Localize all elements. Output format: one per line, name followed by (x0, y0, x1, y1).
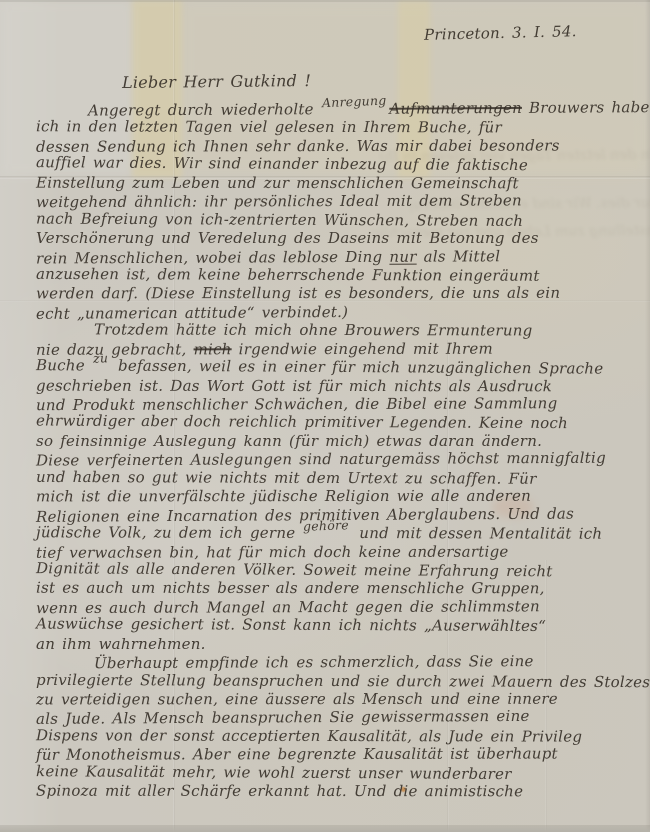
letter-text: weitgehend ähnlich: ihr persönliches Ide… (36, 192, 522, 212)
letter-line: anzusehen ist, dem keine beherrschende F… (36, 265, 644, 286)
letter-line: geschrieben ist. Das Wort Gott ist für m… (36, 376, 644, 395)
letter-line: rein Menschlichen, wobei das leblose Din… (36, 246, 644, 267)
letter-line: weitgehend ähnlich: ihr persönliches Ide… (36, 191, 644, 212)
letter-line: nach Befreiung von ich-zentrierten Wünsc… (36, 209, 644, 230)
letter-text: ich in den letzten Tagen viel gelesen in… (36, 118, 502, 137)
letter-line: ist es auch um nichts besser als andere … (36, 579, 644, 598)
letter-text: Dignität als alle anderen Völker. Soweit… (36, 559, 553, 580)
letter-line: Dispens von der sonst acceptierten Kausa… (36, 726, 644, 746)
letter-text: nach Befreiung von ich-zentrierten Wünsc… (36, 209, 523, 229)
dateline: Princeton. 3. I. 54. (424, 22, 577, 44)
letter-text: Trotzdem hätte ich mich ohne Brouwers Er… (94, 321, 533, 340)
letter-line: an ihm wahrnehmen. (36, 635, 644, 653)
letter-line: Überhaupt empfinde ich es schmerzlich, d… (36, 652, 644, 673)
scanned-letter-page: ich in den letzten Tagen viel gelesen in… (0, 0, 650, 832)
letter-line: ehrwürdiger aber doch reichlich primitiv… (36, 412, 644, 433)
letter-text: Überhaupt empfinde ich es schmerzlich, d… (94, 652, 534, 672)
letter-line: und haben so gut wie nichts mit dem Urte… (36, 468, 644, 489)
letter-text: jüdische Volk, zu dem ich gerne (36, 523, 302, 542)
letter-text: und haben so gut wie nichts mit dem Urte… (36, 468, 537, 488)
inserted-word: Anregung (321, 92, 386, 113)
letter-line: Spinoza mit aller Schärfe erkannt hat. U… (36, 782, 644, 801)
letter-line: als Jude. Als Mensch beanspruchen Sie ge… (36, 707, 644, 729)
letter-line: auffiel war dies. Wir sind einander inbe… (36, 153, 644, 175)
letter-text: privilegierte Stellung beanspruchen und … (36, 670, 650, 690)
letter-text: so feinsinnige Auslegung kann (für mich)… (36, 432, 542, 450)
letter-text: Dispens von der sonst acceptierten Kausa… (36, 726, 582, 745)
letter-text: Buche (36, 356, 92, 374)
letter-line: mich ist die unverfälschte jüdische Reli… (36, 487, 644, 506)
letter-text: ist es auch um nichts besser als andere … (36, 579, 545, 598)
letter-text: werden darf. (Diese Einstellung ist es b… (36, 284, 560, 303)
letter-line: so feinsinnige Auslegung kann (für mich)… (36, 432, 644, 450)
letter-line: Trotzdem hätte ich mich ohne Brouwers Er… (36, 321, 644, 341)
letter-text: geschrieben ist. Das Wort Gott ist für m… (36, 376, 552, 395)
letter-line: Buche zu befassen, weil es in einer für … (36, 356, 644, 378)
letter-line: jüdische Volk, zu dem ich gerne gehöre u… (36, 523, 644, 543)
letter-text: keine Kausalität mehr, wie wohl zuerst u… (36, 762, 512, 783)
letter-text: Diese verfeinerten Auslegungen sind natu… (36, 449, 606, 470)
letter-text: Einstellung zum Leben und zur menschlich… (36, 173, 519, 192)
letter-line: ich in den letzten Tagen viel gelesen in… (36, 118, 644, 138)
letter-line: Einstellung zum Leben und zur menschlich… (36, 173, 644, 192)
letter-line: für Monotheismus. Aber eine begrenzte Ka… (36, 745, 644, 765)
inserted-word: zu (93, 349, 109, 368)
letter-text: Spinoza mit aller Schärfe erkannt hat. U… (36, 782, 523, 801)
letter-text: an ihm wahrnehmen. (36, 635, 206, 653)
struck-word: mich (194, 340, 232, 358)
letter-text: befassen, weil es in einer für mich unzu… (111, 357, 603, 378)
letter-text: nur (389, 247, 416, 265)
letter-text: rein Menschlichen, wobei das leblose Din… (36, 247, 389, 267)
letter-text: irgendwie eingehend mit Ihrem (232, 339, 493, 358)
letter-text: als Mittel (417, 247, 501, 265)
letter-text: Auswüchse gesichert ist. Sonst kann ich … (36, 615, 546, 635)
letter-text: anzusehen ist, dem keine beherrschende F… (36, 265, 540, 285)
letter-lines: Angeregt durch wiederholte AnregungAufmu… (36, 100, 644, 801)
salutation: Lieber Herr Gutkind ! (122, 71, 311, 92)
letter-line: werden darf. (Diese Einstellung ist es b… (36, 284, 644, 303)
inserted-word: gehöre (303, 516, 349, 536)
letter-text: Brouwers habe (522, 98, 650, 117)
letter-line: Verschönerung und Veredelung des Daseins… (36, 229, 644, 247)
letter-line: Diese verfeinerten Auslegungen sind natu… (36, 449, 644, 470)
letter-text: und mit dessen Mentalität ich (352, 524, 602, 543)
struck-word: Aufmunterungen (389, 99, 522, 118)
letter-line: privilegierte Stellung beanspruchen und … (36, 670, 644, 691)
letter-text: tief verwachsen bin, hat für mich doch k… (36, 542, 509, 561)
letter-text: für Monotheismus. Aber eine begrenzte Ka… (36, 745, 558, 764)
letter-text: Verschönerung und Veredelung des Daseins… (36, 229, 539, 247)
letter-text: als Jude. Als Mensch beanspruchen Sie ge… (36, 707, 530, 728)
letter-text: zu verteidigen suchen, eine äussere als … (36, 690, 558, 709)
letter-line: Auswüchse gesichert ist. Sonst kann ich … (36, 615, 644, 636)
letter-text: ehrwürdiger aber doch reichlich primitiv… (36, 412, 568, 433)
letter-text: mich ist die unverfälschte jüdische Reli… (36, 487, 531, 506)
letter-line: tief verwachsen bin, hat für mich doch k… (36, 542, 644, 562)
letter-line: keine Kausalität mehr, wie wohl zuerst u… (36, 762, 644, 784)
letter-text: auffiel war dies. Wir sind einander inbe… (36, 153, 528, 174)
